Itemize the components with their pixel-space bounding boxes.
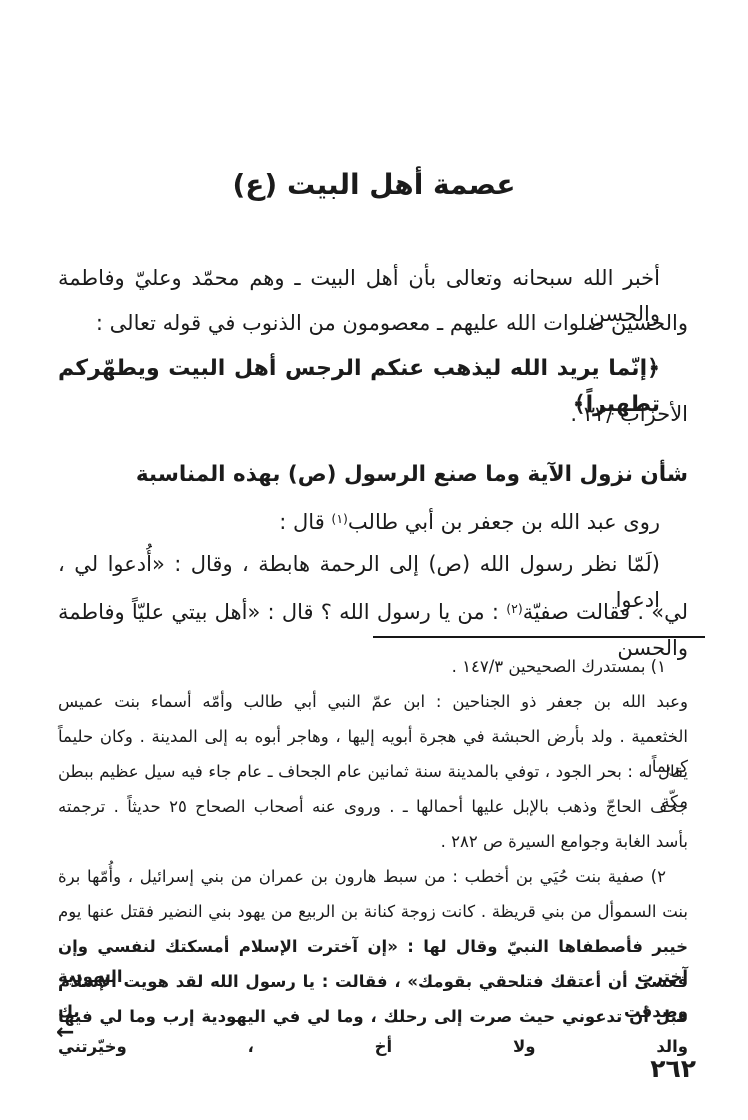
footnote-line: جحف الحاجّ وذهب بالإبل عليها أحمالها ـ .… (58, 792, 688, 822)
narrator-name: روى عبد الله بن جعفر بن أبي طالب (348, 510, 660, 534)
section-heading: شأن نزول الآية وما صنع الرسول (ص) بهذه ا… (58, 457, 688, 493)
footnote-line: ١) بمستدرك الصحيحين ١٤٧/٣ . (58, 652, 688, 682)
body-line-intro-2: والحسين صلوات الله عليهم ـ معصومون من ال… (58, 305, 688, 341)
footnote-line: ٢) صفية بنت حُيَي بن أخطب : من سبط هارون… (58, 862, 688, 892)
page-number: ٢٦٢ (650, 1054, 696, 1083)
footnote-line: بنت السموأل من بني قريظة . كانت زوجة كنا… (58, 897, 688, 927)
footnote-ref-2: (٢) (506, 601, 523, 616)
book-page: عصمة أهل البيت (ع) أخبر الله سبحانه وتعا… (0, 0, 748, 1120)
narration-intro: روى عبد الله بن جعفر بن أبي طالب(١) قال … (58, 501, 688, 540)
footnote-line: بأسد الغابة وجوامع السيرة ص ٢٨٢ . (58, 827, 688, 857)
continuation-arrow-icon: ← (56, 1022, 74, 1044)
hadith-line-2-pre: لي» . فقالت صفيّة (523, 600, 688, 624)
footnote-line: وعبد الله بن جعفر ذو الجناحين : ابن عمّ … (58, 687, 688, 717)
footnote-line: قبل أن تدعوني حيث صرت إلى رحلك ، وما لي … (58, 1002, 688, 1062)
page-title: عصمة أهل البيت (ع) (0, 168, 748, 201)
footnote-ref-1: (١) (331, 511, 348, 526)
verse-reference: الأحزاب /٣٣ . (58, 396, 688, 432)
footnote-separator (373, 636, 705, 638)
narration-intro-tail: قال : (279, 510, 331, 534)
